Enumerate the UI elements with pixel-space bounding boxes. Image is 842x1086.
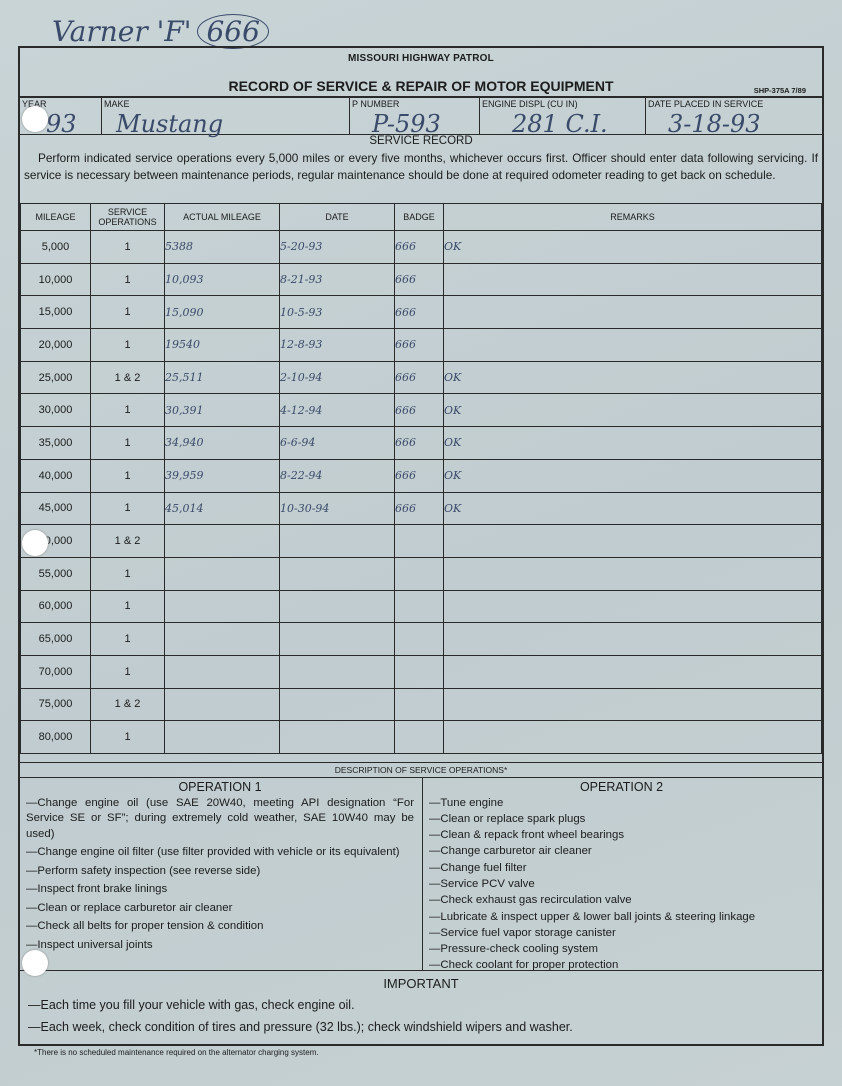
agency-name: MISSOURI HIGHWAY PATROL — [20, 53, 822, 64]
service-ops-cell: 1 — [91, 623, 165, 656]
mileage-cell: 80,000 — [21, 721, 91, 754]
badge-cell — [395, 721, 444, 754]
date-cell: 10-30-94 — [280, 492, 395, 525]
p-number-label: P NUMBER — [352, 99, 399, 109]
form-number: SHP-375A 7/89 — [754, 86, 806, 95]
service-ops-cell: 1 — [91, 231, 165, 264]
service-instructions: Perform indicated service operations eve… — [24, 150, 818, 184]
actual-mileage-cell — [165, 525, 280, 558]
service-ops-cell: 1 & 2 — [91, 525, 165, 558]
p-number-value: P-593 — [372, 110, 441, 138]
important-list: —Each time you fill your vehicle with ga… — [28, 994, 822, 1038]
mileage-cell: 10,000 — [21, 263, 91, 296]
badge-cell: 666 — [395, 231, 444, 264]
col-badge: BADGE — [395, 204, 444, 231]
service-ops-cell: 1 — [91, 590, 165, 623]
year-value: 93 — [46, 110, 77, 138]
operation-2-list: —Tune engine—Clean or replace spark plug… — [429, 796, 814, 974]
remarks-cell — [444, 296, 822, 329]
operation-1-panel: OPERATION 1 —Change engine oil (use SAE … — [20, 778, 423, 970]
operation-2-item: —Lubricate & inspect upper & lower ball … — [429, 910, 814, 926]
table-row: 45,000145,01410-30-94666OK — [21, 492, 822, 525]
table-row: 60,0001 — [21, 590, 822, 623]
actual-mileage-cell — [165, 688, 280, 721]
date-cell: 10-5-93 — [280, 296, 395, 329]
operation-2-item: —Service fuel vapor storage canister — [429, 926, 814, 942]
mileage-cell: 40,000 — [21, 459, 91, 492]
badge-cell: 666 — [395, 361, 444, 394]
make-label: MAKE — [104, 99, 130, 109]
badge-cell — [395, 557, 444, 590]
table-row: 55,0001 — [21, 557, 822, 590]
col-remarks: REMARKS — [444, 204, 822, 231]
date-cell — [280, 623, 395, 656]
operation-1-list: —Change engine oil (use SAE 20W40, meeti… — [26, 796, 414, 954]
date-in-service-value: 3-18-93 — [668, 110, 761, 138]
actual-mileage-cell: 45,014 — [165, 492, 280, 525]
actual-mileage-cell: 25,511 — [165, 361, 280, 394]
mileage-cell: 65,000 — [21, 623, 91, 656]
form-title: RECORD OF SERVICE & REPAIR OF MOTOR EQUI… — [20, 78, 822, 94]
actual-mileage-cell: 30,391 — [165, 394, 280, 427]
table-header-row: MILEAGE SERVICE OPERATIONS ACTUAL MILEAG… — [21, 204, 822, 231]
service-ops-cell: 1 — [91, 394, 165, 427]
remarks-cell: OK — [444, 459, 822, 492]
mileage-cell: 15,000 — [21, 296, 91, 329]
engine-displacement-value: 281 C.I. — [512, 110, 608, 138]
operation-2-item: —Tune engine — [429, 796, 814, 812]
remarks-cell — [444, 557, 822, 590]
mileage-cell: 45,000 — [21, 492, 91, 525]
remarks-cell — [444, 721, 822, 754]
service-ops-cell: 1 — [91, 427, 165, 460]
actual-mileage-cell: 15,090 — [165, 296, 280, 329]
operation-2-item: —Clean or replace spark plugs — [429, 812, 814, 828]
remarks-cell — [444, 688, 822, 721]
remarks-cell: OK — [444, 394, 822, 427]
mileage-cell: 75,000 — [21, 688, 91, 721]
actual-mileage-cell — [165, 655, 280, 688]
service-form: MISSOURI HIGHWAY PATROL RECORD OF SERVIC… — [18, 46, 824, 1046]
date-cell: 12-8-93 — [280, 329, 395, 362]
operation-2-item: —Change carburetor air cleaner — [429, 844, 814, 860]
badge-cell: 666 — [395, 492, 444, 525]
punch-hole-top — [22, 106, 48, 132]
footnote: *There is no scheduled maintenance requi… — [34, 1048, 319, 1057]
service-ops-cell: 1 — [91, 492, 165, 525]
badge-cell: 666 — [395, 329, 444, 362]
mileage-cell: 20,000 — [21, 329, 91, 362]
handwritten-name: Varner 'F' — [52, 15, 191, 48]
handwritten-officer-note: Varner 'F'666 — [52, 14, 269, 49]
badge-cell: 666 — [395, 459, 444, 492]
operation-1-item: —Perform safety inspection (see reverse … — [26, 864, 414, 880]
remarks-cell: OK — [444, 231, 822, 264]
actual-mileage-cell: 34,940 — [165, 427, 280, 460]
service-ops-cell: 1 — [91, 557, 165, 590]
important-title: IMPORTANT — [20, 976, 822, 991]
badge-cell: 666 — [395, 263, 444, 296]
date-cell — [280, 525, 395, 558]
operation-2-item: —Service PCV valve — [429, 877, 814, 893]
col-service-operations: SERVICE OPERATIONS — [91, 204, 165, 231]
table-row: 25,0001 & 225,5112-10-94666OK — [21, 361, 822, 394]
actual-mileage-cell: 10,093 — [165, 263, 280, 296]
date-cell: 8-22-94 — [280, 459, 395, 492]
actual-mileage-cell: 5388 — [165, 231, 280, 264]
remarks-cell — [444, 655, 822, 688]
date-cell: 6-6-94 — [280, 427, 395, 460]
col-actual-mileage: ACTUAL MILEAGE — [165, 204, 280, 231]
table-row: 15,000115,09010-5-93666 — [21, 296, 822, 329]
service-ops-cell: 1 — [91, 296, 165, 329]
engine-displacement-field: ENGINE DISPL (CU IN) 281 C.I. — [480, 98, 646, 134]
mileage-cell: 55,000 — [21, 557, 91, 590]
engine-displacement-label: ENGINE DISPL (CU IN) — [482, 99, 578, 109]
remarks-cell — [444, 623, 822, 656]
date-cell — [280, 590, 395, 623]
important-item: —Each time you fill your vehicle with ga… — [28, 994, 822, 1016]
punch-hole-bottom — [22, 950, 48, 976]
p-number-field: P NUMBER P-593 — [350, 98, 480, 134]
actual-mileage-cell — [165, 623, 280, 656]
table-row: 10,000110,0938-21-93666 — [21, 263, 822, 296]
actual-mileage-cell: 19540 — [165, 329, 280, 362]
punch-hole-middle — [22, 530, 48, 556]
actual-mileage-cell: 39,959 — [165, 459, 280, 492]
operation-1-title: OPERATION 1 — [26, 780, 414, 796]
operation-1-item: —Inspect front brake linings — [26, 882, 414, 898]
remarks-cell: OK — [444, 492, 822, 525]
remarks-cell — [444, 590, 822, 623]
service-ops-cell: 1 & 2 — [91, 361, 165, 394]
make-field: MAKE Mustang — [102, 98, 350, 134]
mileage-cell: 25,000 — [21, 361, 91, 394]
operation-1-item: —Change engine oil filter (use filter pr… — [26, 845, 414, 861]
badge-cell — [395, 590, 444, 623]
date-cell — [280, 721, 395, 754]
mileage-cell: 35,000 — [21, 427, 91, 460]
table-row: 35,000134,9406-6-94666OK — [21, 427, 822, 460]
col-date: DATE — [280, 204, 395, 231]
operation-1-item: —Change engine oil (use SAE 20W40, meeti… — [26, 796, 414, 843]
service-ops-cell: 1 — [91, 263, 165, 296]
remarks-cell — [444, 263, 822, 296]
table-row: 20,00011954012-8-93666 — [21, 329, 822, 362]
operation-2-item: —Clean & repack front wheel bearings — [429, 828, 814, 844]
service-ops-cell: 1 — [91, 721, 165, 754]
operation-2-item: —Change fuel filter — [429, 861, 814, 877]
remarks-cell — [444, 329, 822, 362]
actual-mileage-cell — [165, 557, 280, 590]
mileage-cell: 30,000 — [21, 394, 91, 427]
table-row: 65,0001 — [21, 623, 822, 656]
actual-mileage-cell — [165, 721, 280, 754]
date-cell — [280, 688, 395, 721]
badge-cell — [395, 655, 444, 688]
service-ops-cell: 1 — [91, 459, 165, 492]
table-row: 30,000130,3914-12-94666OK — [21, 394, 822, 427]
remarks-cell: OK — [444, 361, 822, 394]
important-item: —Each week, check condition of tires and… — [28, 1016, 822, 1038]
date-cell: 8-21-93 — [280, 263, 395, 296]
service-ops-cell: 1 — [91, 655, 165, 688]
handwritten-circled-badge: 666 — [197, 14, 268, 49]
operation-2-item: —Check exhaust gas recirculation valve — [429, 893, 814, 909]
description-heading: DESCRIPTION OF SERVICE OPERATIONS* — [20, 762, 822, 778]
important-section: IMPORTANT —Each time you fill your vehic… — [20, 972, 822, 1044]
service-operations-descriptions: OPERATION 1 —Change engine oil (use SAE … — [20, 778, 822, 971]
actual-mileage-cell — [165, 590, 280, 623]
date-cell: 5-20-93 — [280, 231, 395, 264]
table-row: 80,0001 — [21, 721, 822, 754]
operation-1-item: —Check all belts for proper tension & co… — [26, 919, 414, 935]
vehicle-info-row: YEAR 93 MAKE Mustang P NUMBER P-593 ENGI… — [20, 96, 822, 135]
remarks-cell — [444, 525, 822, 558]
badge-cell: 666 — [395, 427, 444, 460]
remarks-cell: OK — [444, 427, 822, 460]
date-in-service-field: DATE PLACED IN SERVICE 3-18-93 — [646, 98, 822, 134]
mileage-cell: 5,000 — [21, 231, 91, 264]
make-value: Mustang — [116, 110, 223, 138]
table-row: 50,0001 & 2 — [21, 525, 822, 558]
badge-cell: 666 — [395, 394, 444, 427]
table-row: 5,000153885-20-93666OK — [21, 231, 822, 264]
operation-2-item: —Pressure-check cooling system — [429, 942, 814, 958]
badge-cell: 666 — [395, 296, 444, 329]
operation-2-title: OPERATION 2 — [429, 780, 814, 796]
table-row: 75,0001 & 2 — [21, 688, 822, 721]
date-cell: 4-12-94 — [280, 394, 395, 427]
table-row: 70,0001 — [21, 655, 822, 688]
badge-cell — [395, 688, 444, 721]
col-mileage: MILEAGE — [21, 204, 91, 231]
service-ops-cell: 1 & 2 — [91, 688, 165, 721]
date-cell — [280, 557, 395, 590]
service-record-table: MILEAGE SERVICE OPERATIONS ACTUAL MILEAG… — [20, 203, 822, 754]
mileage-cell: 70,000 — [21, 655, 91, 688]
badge-cell — [395, 525, 444, 558]
service-record-title: SERVICE RECORD — [20, 135, 822, 147]
operation-2-panel: OPERATION 2 —Tune engine—Clean or replac… — [423, 778, 822, 970]
table-row: 40,000139,9598-22-94666OK — [21, 459, 822, 492]
operation-1-item: —Inspect universal joints — [26, 938, 414, 954]
mileage-cell: 60,000 — [21, 590, 91, 623]
date-in-service-label: DATE PLACED IN SERVICE — [648, 99, 763, 109]
operation-1-item: —Clean or replace carburetor air cleaner — [26, 901, 414, 917]
service-record-page: Varner 'F'666 MISSOURI HIGHWAY PATROL RE… — [0, 0, 842, 1086]
badge-cell — [395, 623, 444, 656]
date-cell: 2-10-94 — [280, 361, 395, 394]
date-cell — [280, 655, 395, 688]
service-ops-cell: 1 — [91, 329, 165, 362]
